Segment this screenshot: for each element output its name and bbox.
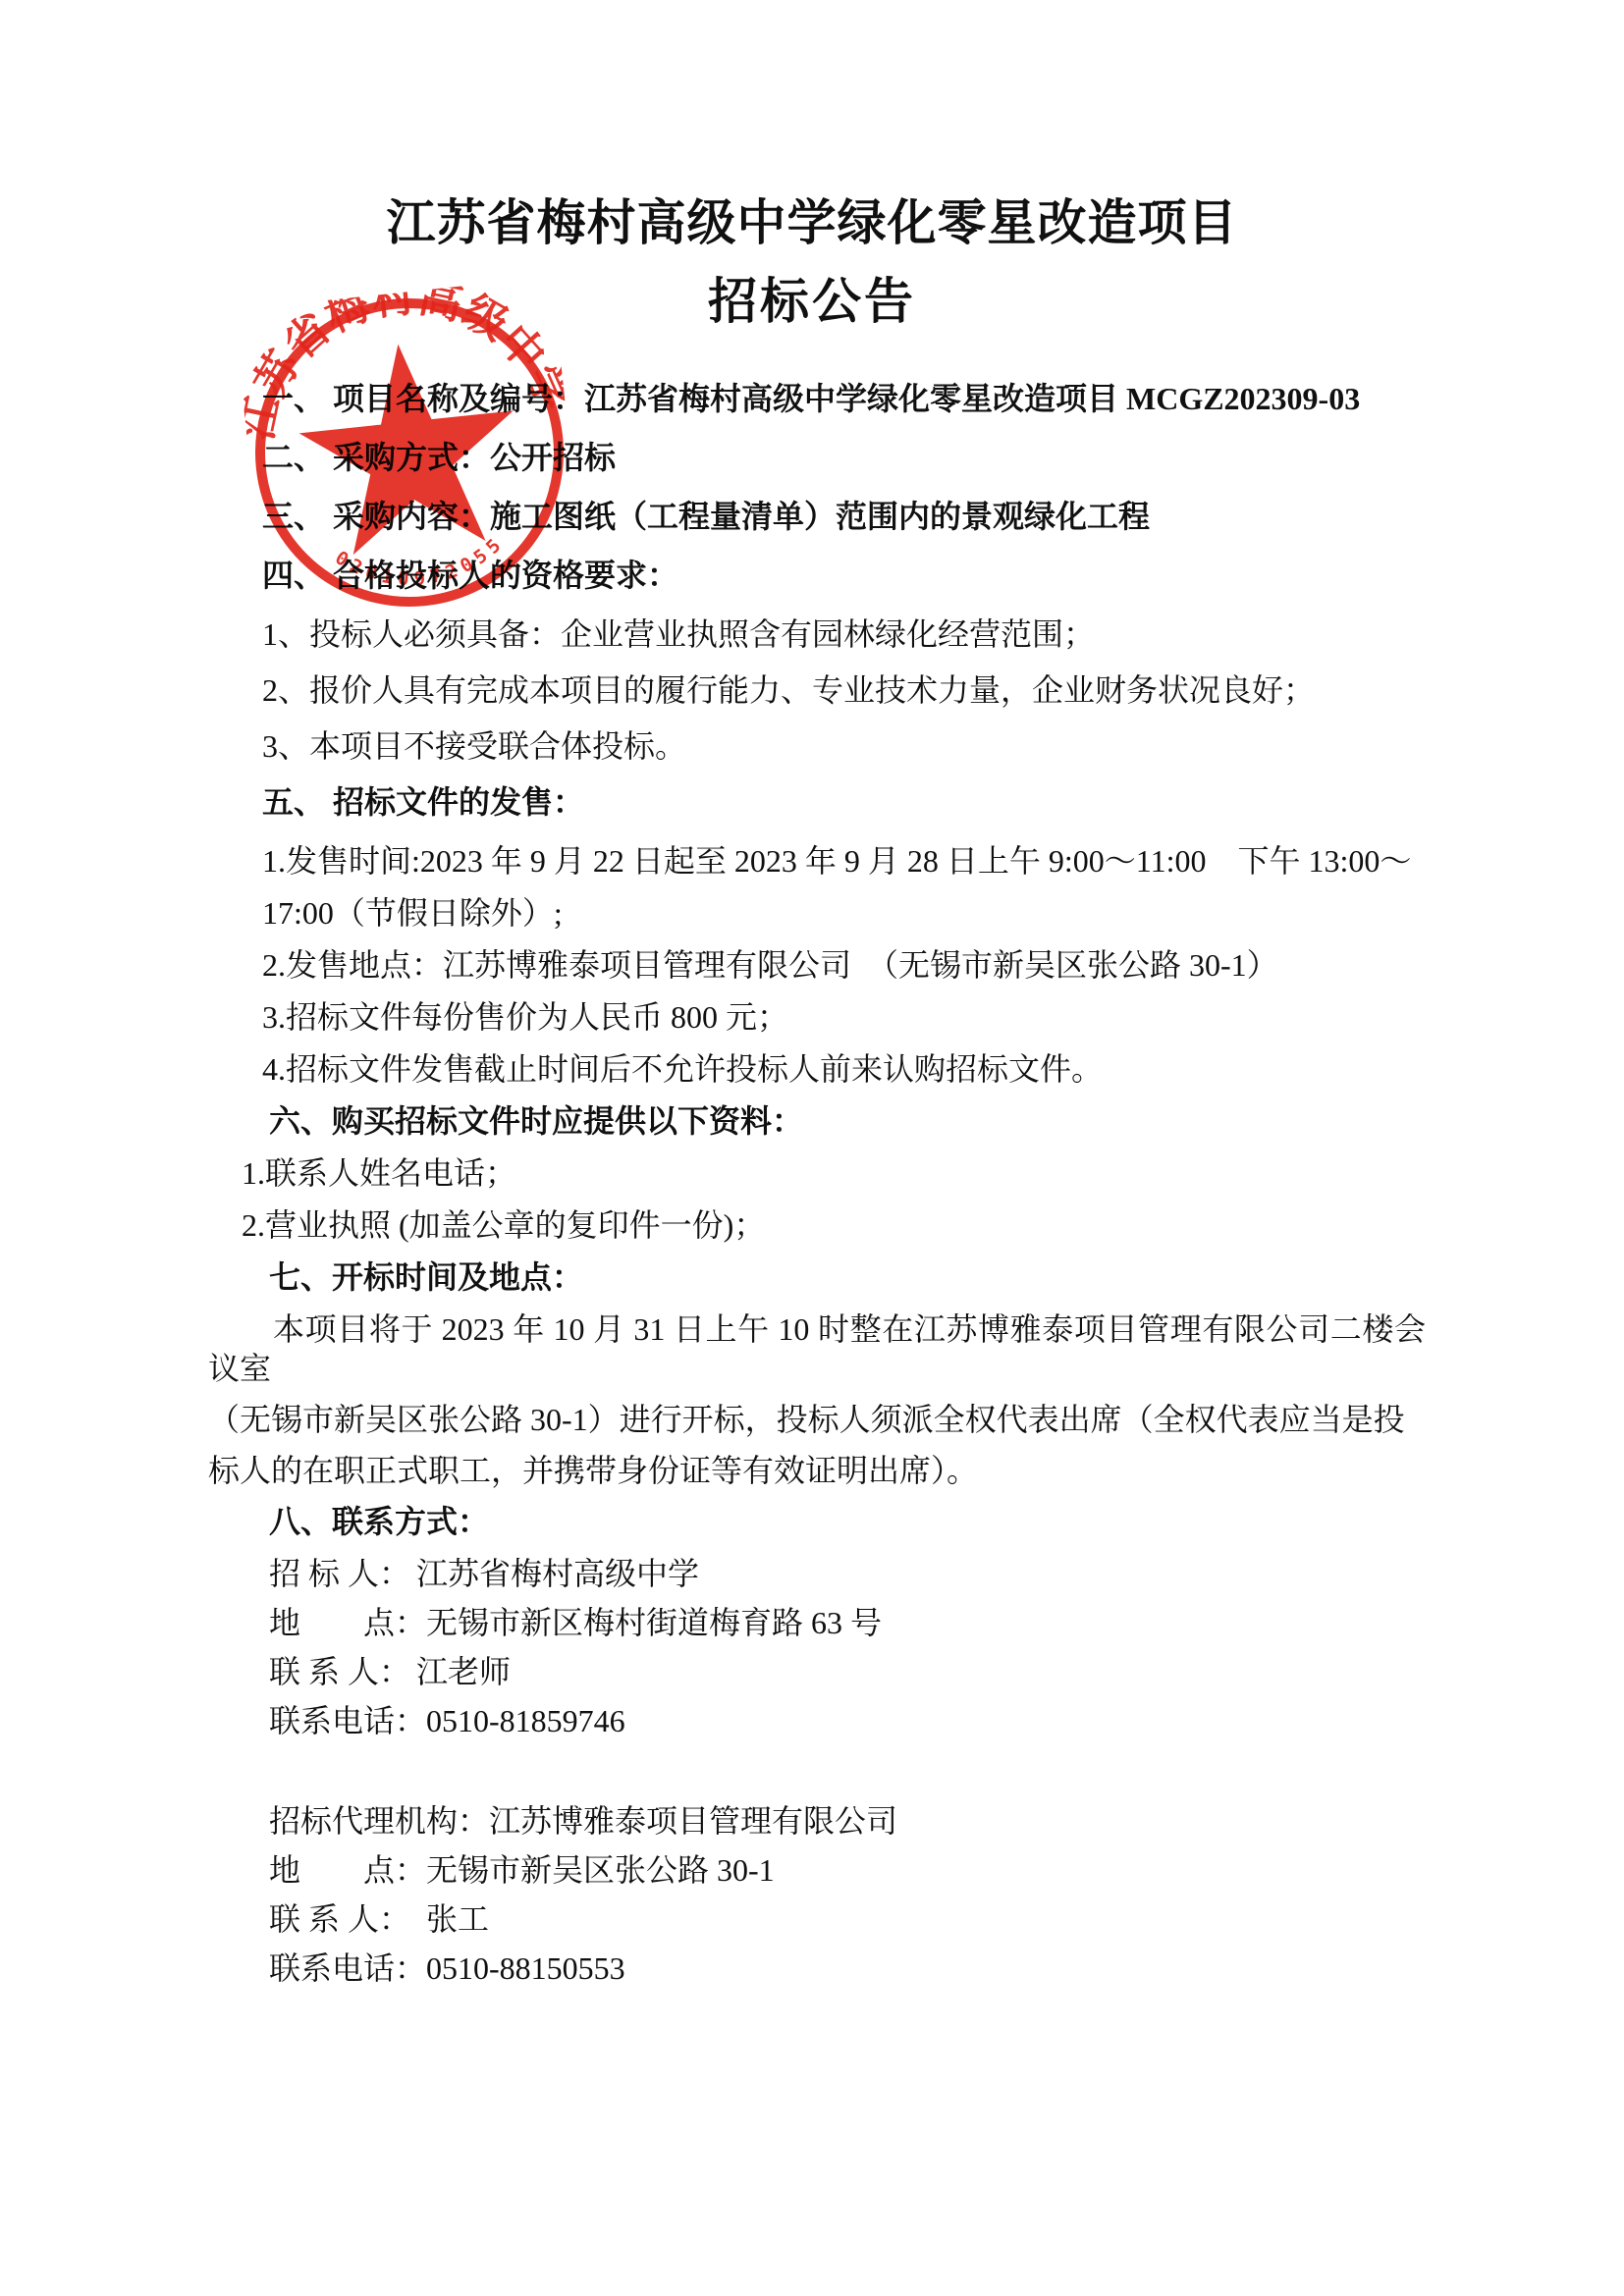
body-line: （无锡市新吴区张公路 30-1）进行开标，投标人须派全权代表出席（全权代表应当是… [208, 1400, 1426, 1439]
body-lines: 一、 项目名称及编号：江苏省梅村高级中学绿化零星改造项目 MCGZ202309-… [208, 379, 1426, 1541]
body-text: 一、 项目名称及编号：江苏省梅村高级中学绿化零星改造项目 MCGZ202309-… [208, 379, 1426, 1998]
body-line: 1.联系人姓名电话； [242, 1153, 1426, 1193]
contact-row: 联系电话：0510-88150553 [269, 1949, 1426, 1988]
contact-row: 联系电话：0510-81859746 [269, 1701, 1426, 1740]
body-line: 四、 合格投标人的资格要求： [262, 556, 1426, 595]
body-line: 本项目将于 2023 年 10 月 31 日上午 10 时整在江苏博雅泰项目管理… [208, 1309, 1426, 1388]
contact-label: 联系电话： [269, 1701, 426, 1740]
body-line: 三、 采购内容：施工图纸（工程量清单）范围内的景观绿化工程 [262, 497, 1426, 536]
body-line: 六、购买招标文件时应提供以下资料： [269, 1101, 1426, 1141]
contact-label: 地 点： [269, 1850, 426, 1890]
contact-row: 地 点：无锡市新吴区张公路 30-1 [269, 1850, 1426, 1890]
contact-value: 江老师 [416, 1654, 511, 1689]
body-line: 七、开标时间及地点： [269, 1257, 1426, 1297]
contact-label: 招标代理机构： [269, 1801, 489, 1841]
contact-row: 联 系 人：江老师 [269, 1652, 1426, 1691]
contact-value: 0510-81859746 [426, 1703, 625, 1738]
contact-label: 联系电话： [269, 1949, 426, 1988]
body-line: 八、联系方式： [269, 1502, 1426, 1541]
body-line: 3、本项目不接受联合体投标。 [262, 726, 1426, 766]
contact-value: 无锡市新吴区张公路 30-1 [426, 1852, 775, 1888]
contact-block-agency: 招标代理机构：江苏博雅泰项目管理有限公司地 点：无锡市新吴区张公路 30-1联 … [269, 1801, 1426, 1988]
contact-value: 无锡市新区梅村街道梅育路 63 号 [426, 1605, 882, 1640]
contact-label: 联 系 人： [269, 1652, 416, 1691]
contact-value: 江苏博雅泰项目管理有限公司 [489, 1803, 897, 1839]
body-line: 1.发售时间:2023 年 9 月 22 日起至 2023 年 9 月 28 日… [262, 841, 1426, 881]
contact-row: 联 系 人：张工 [269, 1899, 1426, 1939]
contact-row: 招标代理机构：江苏博雅泰项目管理有限公司 [269, 1801, 1426, 1841]
contact-value: 张工 [426, 1901, 489, 1937]
body-line: 4.招标文件发售截止时间后不允许投标人前来认购招标文件。 [262, 1049, 1426, 1089]
title-line-1: 江苏省梅村高级中学绿化零星改造项目 [0, 194, 1624, 251]
body-line: 2.发售地点：江苏博雅泰项目管理有限公司 （无锡市新吴区张公路 30-1） [262, 945, 1426, 985]
document-title: 江苏省梅村高级中学绿化零星改造项目 招标公告 [0, 194, 1624, 330]
contact-label: 招 标 人： [269, 1554, 416, 1593]
contact-row: 招 标 人：江苏省梅村高级中学 [269, 1554, 1426, 1593]
contact-label: 联 系 人： [269, 1899, 426, 1939]
contact-value: 江苏省梅村高级中学 [416, 1556, 699, 1591]
body-line: 一、 项目名称及编号：江苏省梅村高级中学绿化零星改造项目 MCGZ202309-… [262, 379, 1426, 418]
title-line-2: 招标公告 [0, 273, 1624, 330]
body-line: 2.营业执照 (加盖公章的复印件一份)； [242, 1205, 1426, 1245]
page: 江苏省梅村高级中学绿化零星改造项目 招标公告 一、 项目名称及编号：江苏省梅村高… [0, 0, 1624, 2296]
body-line: 五、 招标文件的发售： [262, 782, 1426, 822]
body-line: 2、报价人具有完成本项目的履行能力、专业技术力量，企业财务状况良好； [262, 670, 1426, 710]
body-line: 标人的在职正式职工，并携带身份证等有效证明出席）。 [208, 1451, 1426, 1490]
contact-value: 0510-88150553 [426, 1950, 625, 1986]
body-line: 二、 采购方式：公开招标 [262, 438, 1426, 477]
contact-label: 地 点： [269, 1603, 426, 1642]
body-line: 1、投标人必须具备：企业营业执照含有园林绿化经营范围； [262, 614, 1426, 654]
contact-block-tenderer: 招 标 人：江苏省梅村高级中学地 点：无锡市新区梅村街道梅育路 63 号联 系 … [269, 1554, 1426, 1740]
contact-row: 地 点：无锡市新区梅村街道梅育路 63 号 [269, 1603, 1426, 1642]
body-line: 17:00（节假日除外）; [262, 893, 1426, 933]
body-line: 3.招标文件每份售价为人民币 800 元； [262, 997, 1426, 1037]
